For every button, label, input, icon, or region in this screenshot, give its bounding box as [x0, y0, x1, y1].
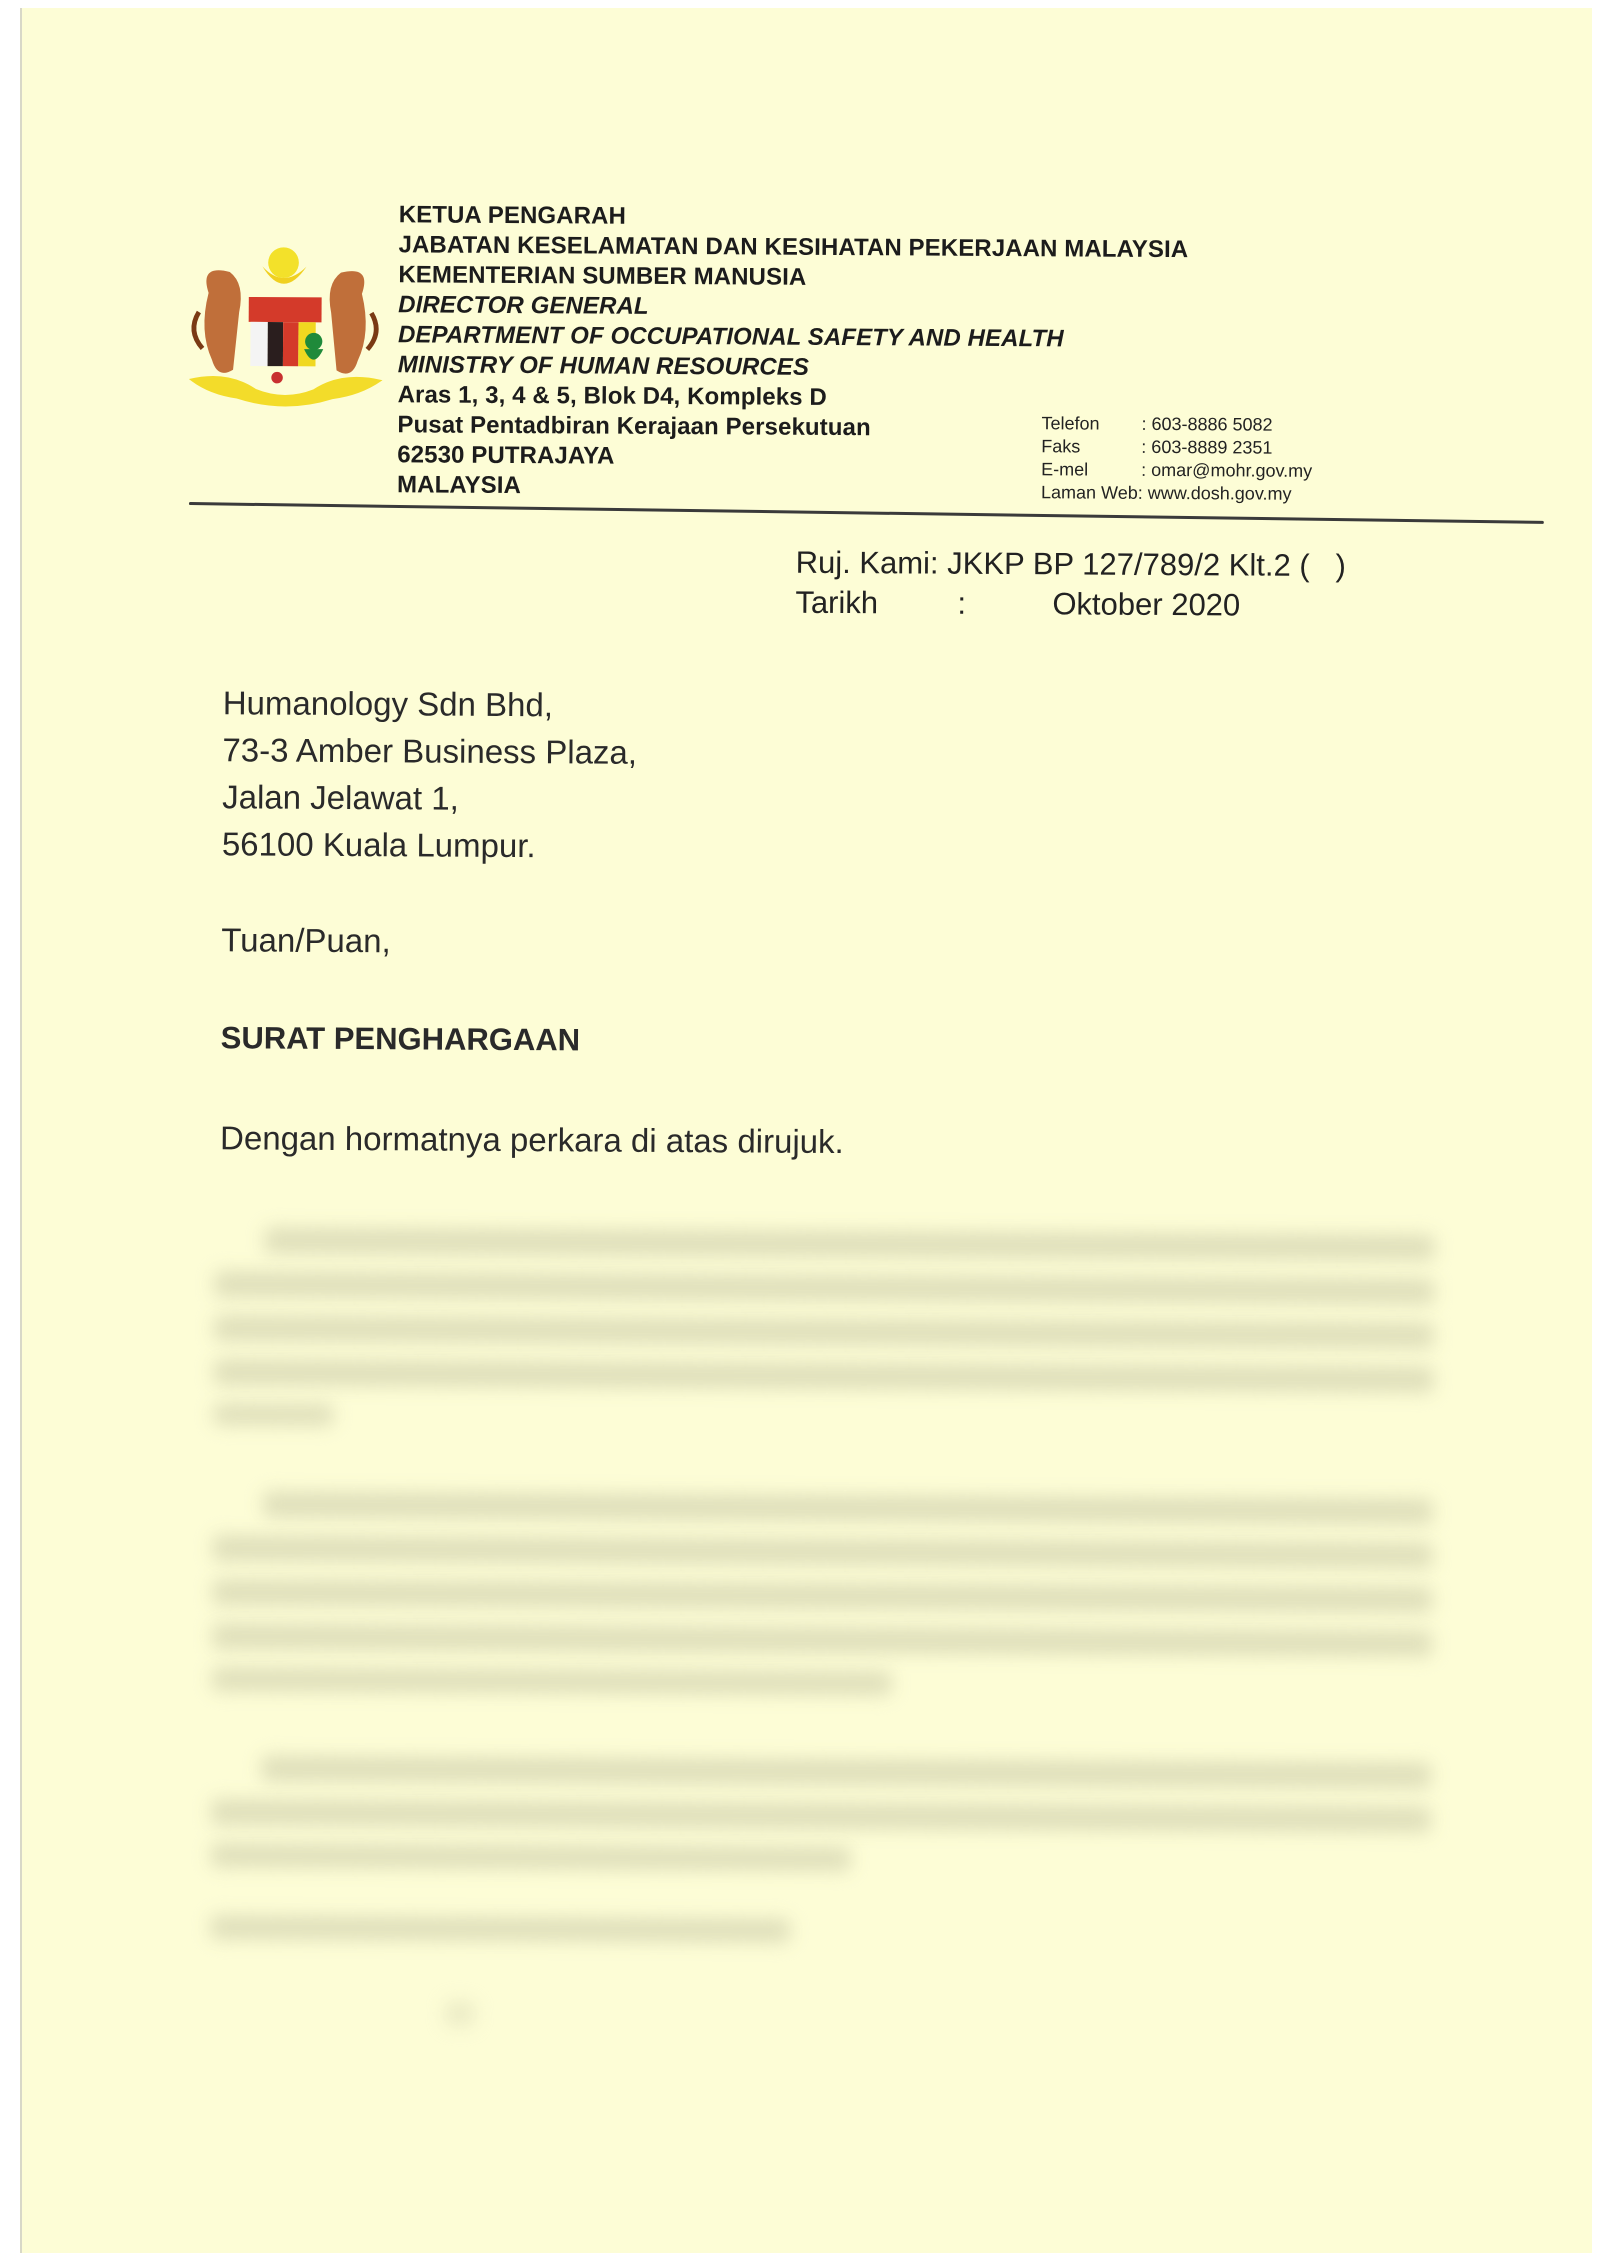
date-value: Oktober 2020: [1052, 584, 1240, 625]
redacted-line: [213, 1535, 1433, 1568]
web-value: : www.dosh.gov.my: [1138, 482, 1292, 506]
address-line: 56100 Kuala Lumpur.: [222, 820, 637, 870]
contact-phone: Telefon : 603-8886 5082: [1041, 412, 1312, 437]
redacted-line: [212, 1579, 1432, 1612]
redacted-line: [211, 1843, 851, 1871]
date-label: Tarikh: [795, 583, 957, 624]
malaysia-coat-of-arms-icon: [169, 224, 400, 420]
letterhead-line: KETUA PENGARAH: [399, 200, 1189, 235]
redacted-line: [264, 1228, 1434, 1261]
address-line: Jalan Jelawat 1,: [222, 773, 637, 823]
phone-value: : 603-8886 5082: [1141, 413, 1272, 437]
redacted-body: [22, 8, 1592, 18]
letterhead-line: KEMENTERIAN SUMBER MANUSIA: [398, 260, 1188, 295]
redacted-line: [261, 1755, 1431, 1788]
contact-web: Laman Web : www.dosh.gov.my: [1041, 481, 1312, 506]
salutation: Tuan/Puan,: [221, 921, 391, 960]
recipient-address: Humanology Sdn Bhd, 73-3 Amber Business …: [222, 679, 638, 870]
phone-label: Telefon: [1041, 412, 1141, 436]
letterhead-line: Aras 1, 3, 4 & 5, Blok D4, Kompleks D: [398, 380, 1188, 415]
redacted-line: [212, 1667, 892, 1695]
letterhead-divider: [189, 502, 1544, 524]
contact-email: E-mel : omar@mohr.gov.my: [1041, 458, 1312, 483]
fax-value: : 603-8889 2351: [1141, 436, 1272, 460]
reference-value: : JKKP BP 127/789/2 Klt.2 ( ): [930, 544, 1346, 587]
letter-subject: SURAT PENGHARGAAN: [221, 1020, 581, 1058]
reference-label: Ruj. Kami: [796, 543, 931, 584]
date-row: Tarikh : Oktober 2020: [795, 583, 1345, 626]
fax-label: Faks: [1041, 435, 1141, 459]
redacted-line: [211, 1799, 1431, 1832]
redacted-line: [212, 1623, 1432, 1656]
web-label: Laman Web: [1041, 481, 1138, 505]
letterhead-line: DIRECTOR GENERAL: [398, 290, 1188, 325]
contact-fax: Faks : 603-8889 2351: [1041, 435, 1312, 460]
redacted-line: [263, 1491, 1433, 1524]
redacted-page-number: [445, 2001, 475, 2027]
opening-line: Dengan hormatnya perkara di atas dirujuk…: [220, 1119, 844, 1161]
reference-row: Ruj. Kami : JKKP BP 127/789/2 Klt.2 ( ): [796, 543, 1346, 586]
redacted-line: [210, 1915, 790, 1943]
redacted-line: [213, 1403, 333, 1426]
redacted-line: [214, 1271, 1434, 1304]
contact-block: Telefon : 603-8886 5082 Faks : 603-8889 …: [1041, 412, 1313, 506]
redacted-line: [214, 1359, 1434, 1392]
letterhead-line: MINISTRY OF HUMAN RESOURCES: [398, 350, 1188, 385]
address-line: Humanology Sdn Bhd,: [223, 679, 638, 729]
email-label: E-mel: [1041, 458, 1141, 482]
letter-content: KETUA PENGARAH JABATAN KESELAMATAN DAN K…: [8, 8, 1592, 2263]
redacted-line: [214, 1315, 1434, 1348]
email-value: : omar@mohr.gov.my: [1141, 459, 1312, 483]
letterhead-line: DEPARTMENT OF OCCUPATIONAL SAFETY AND HE…: [398, 320, 1188, 355]
letter-page: KETUA PENGARAH JABATAN KESELAMATAN DAN K…: [20, 8, 1592, 2253]
letterhead-line: JABATAN KESELAMATAN DAN KESIHATAN PEKERJ…: [398, 230, 1188, 265]
reference-block: Ruj. Kami : JKKP BP 127/789/2 Klt.2 ( ) …: [795, 543, 1346, 626]
date-colon: :: [957, 584, 1052, 625]
address-line: 73-3 Amber Business Plaza,: [222, 726, 637, 776]
